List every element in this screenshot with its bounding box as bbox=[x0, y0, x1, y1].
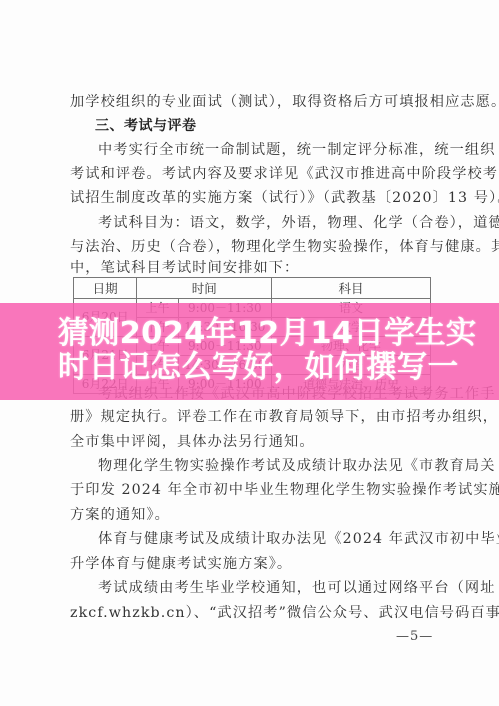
paragraph-line: 物理化学生物实验操作考试及成绩计取办法见《市教育局关 bbox=[98, 456, 432, 476]
page-number: —5— bbox=[396, 629, 433, 644]
table-header-row: 日期 时间 科目 bbox=[74, 278, 431, 299]
paragraph-line: 于印发 2024 年全市初中毕业生物理化学生物实验操作考试实施 bbox=[70, 480, 432, 500]
paragraph-line: 考试成绩由考生毕业学校通知，也可以通过网络平台（网址 bbox=[98, 578, 432, 598]
header-date: 日期 bbox=[74, 278, 137, 299]
header-subject: 科目 bbox=[272, 278, 431, 299]
paragraph-line: 考试科目为：语文，数学，外语，物理、化学（合卷），道德 bbox=[98, 213, 432, 233]
paragraph-line: 方案的通知》。 bbox=[70, 505, 432, 525]
banner-title-line-1: 猜测2024年12月14日学生实 bbox=[58, 318, 477, 350]
paragraph-line: 中，笔试科目考试时间安排如下： bbox=[70, 258, 432, 278]
paragraph-line: 全市集中评阅，具体办法另行通知。 bbox=[70, 432, 432, 452]
paragraph-line: 中考实行全市统一命制试题，统一制定评分标准，统一组织 bbox=[98, 140, 432, 160]
section-heading: 三、考试与评卷 bbox=[95, 116, 457, 136]
intro-line: 加学校组织的专业面试（测试），取得资格后方可填报相应志愿。 bbox=[70, 92, 432, 112]
paragraph-line: 体育与健康考试及成绩计取办法见《2024 年武汉市初中毕业 bbox=[98, 529, 432, 549]
paragraph-line: 升学体育与健康考试实施方案》。 bbox=[70, 554, 432, 574]
paragraph-line: 册》规定执行。评卷工作在市教育局领导下，由市招考办组织， bbox=[70, 407, 432, 427]
paragraph-line: 试招生制度改革的实施方案（试行）》（武教基〔2020〕13 号）。 bbox=[70, 188, 432, 208]
paragraph-line: zkcf.whzkb.cn）、“武汉招考”微信公众号、武汉电信号码百事通 bbox=[70, 603, 432, 623]
paragraph-line: 与法治、历史（合卷），物理化学生物实验操作，体育与健康。其 bbox=[70, 237, 432, 257]
banner-title: 猜测2024年12月14日学生实 时日记怎么写好，如何撰写一 bbox=[0, 303, 499, 400]
banner-title-line-2: 时日记怎么写好，如何撰写一 bbox=[58, 352, 458, 384]
header-time: 时间 bbox=[137, 278, 272, 299]
paragraph-line: 考试和评卷。考试内容及要求详见《武汉市推进高中阶段学校考 bbox=[70, 164, 432, 184]
